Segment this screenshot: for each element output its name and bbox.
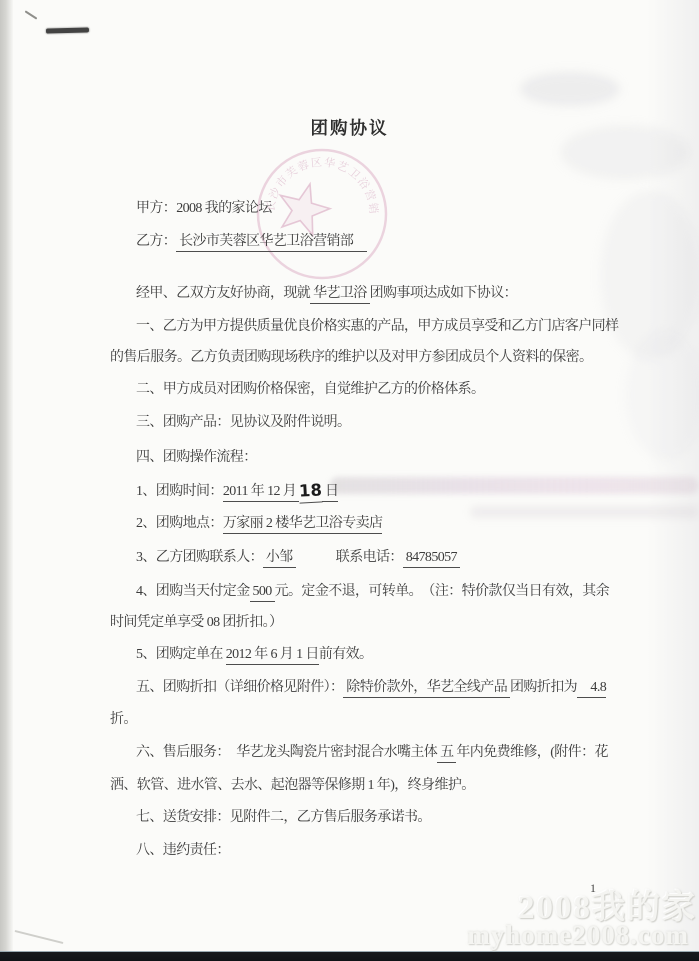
text-line: 经甲、乙双方友好协商，现就 华艺卫浴 团购事项达成如下协议：	[136, 284, 517, 303]
text-segment: 时间凭定单享受 08 团折扣。）	[110, 615, 282, 630]
text-line: 七、送货安排：见附件二，乙方售后服务承诺书。	[136, 808, 431, 827]
filled-in-value: 2012 年 6 月 1 日	[226, 647, 319, 665]
text-segment: 3、乙方团购联系人：	[136, 550, 263, 565]
pen-stroke-redaction	[46, 27, 89, 33]
text-line: 二、甲方成员对团购价格保密，自觉维护乙方的价格体系。	[136, 380, 484, 399]
text-line: 五、团购折扣（详细价格见附件）： 除特价款外，华艺全线产品 团购折扣为 4.8	[136, 678, 606, 697]
text-segment: 联系电话：	[296, 550, 403, 565]
page-number: 1	[590, 881, 596, 896]
text-segment: 的售后服务。乙方负责团购现场秩序的维护以及对甲方参团成员个人资料的保密。	[110, 350, 592, 365]
filled-in-value: 84785057	[403, 550, 460, 568]
text-line: 3、乙方团购联系人： 小邹 联系电话： 84785057	[136, 548, 460, 567]
text-segment: 六、售后服务： 华艺龙头陶瓷片密封混合水嘴主体	[136, 745, 437, 760]
filled-in-value: 4.8	[577, 680, 606, 698]
text-line: 六、售后服务： 华艺龙头陶瓷片密封混合水嘴主体 五 年内免费维修，(附件：花	[136, 743, 608, 762]
text-segment: 乙方：	[136, 234, 176, 249]
text-segment: 七、送货安排：见附件二，乙方售后服务承诺书。	[136, 810, 431, 825]
filled-in-value: 长沙市芙蓉区华艺卫浴营销部	[176, 234, 367, 252]
text-segment: 5、团购定单在	[136, 647, 226, 662]
text-segment: 甲方：2008 我的家论坛	[136, 201, 272, 216]
text-segment: 4、团购当天付定金	[136, 584, 250, 599]
scan-smudge	[520, 72, 620, 106]
text-segment: 1、团购时间：	[136, 484, 223, 499]
scan-left-edge	[0, 0, 13, 961]
text-segment: 一、乙方为甲方提供质量优良价格实惠的产品，甲方成员享受和乙方门店客户同样	[136, 319, 618, 334]
text-line: 1、团购时间：2011 年 12 月 18 日	[136, 480, 338, 499]
filled-in-value: 除特价款外，华艺全线产品	[343, 680, 510, 698]
text-line: 的售后服务。乙方负责团购现场秩序的维护以及对甲方参团成员个人资料的保密。	[110, 348, 592, 367]
text-segment: 元。定金不退，可转单。 （注：特价款仅当日有效，其余	[275, 584, 609, 599]
filled-in-value: 500	[250, 584, 275, 602]
text-segment: 经甲、乙双方友好协商，现就	[136, 286, 310, 301]
text-line: 5、团购定单在 2012 年 6 月 1 日前有效。	[136, 645, 372, 664]
text-segment: 团购事项达成如下协议：	[370, 286, 517, 301]
text-line: 乙方： 长沙市芙蓉区华艺卫浴营销部	[136, 232, 367, 251]
filled-in-value: 日	[322, 484, 338, 502]
text-segment: 前有效。	[319, 647, 373, 662]
filled-in-value: 小邹	[263, 550, 296, 568]
paper-crease	[15, 930, 64, 944]
text-line: 洒、软管、进水管、去水、起泡器等保修期 1 年)，终身维护。	[110, 776, 475, 795]
text-line: 折。	[110, 710, 137, 729]
document-title: 团购协议	[0, 115, 699, 140]
text-segment: 二、甲方成员对团购价格保密，自觉维护乙方的价格体系。	[136, 382, 484, 397]
filled-in-value: 2011 年 12 月	[223, 484, 299, 502]
text-line: 八、违约责任：	[136, 841, 230, 860]
text-segment: 年内免费维修，(附件：花	[456, 745, 607, 760]
pen-tick-mark	[25, 10, 38, 19]
text-segment: 团购折扣为	[510, 680, 577, 695]
filled-in-value: 万家丽 2 楼华艺卫浴专卖店	[223, 516, 383, 534]
text-segment: 洒、软管、进水管、去水、起泡器等保修期 1 年)，终身维护。	[110, 778, 475, 793]
text-segment: 五、团购折扣（详细价格见附件）：	[136, 680, 343, 695]
handwritten-date: 18	[299, 480, 323, 503]
scanned-agreement-page: { "page": { "number": "1", "watermark": …	[0, 0, 699, 961]
filled-in-value: 五	[437, 745, 456, 763]
text-segment: 2、团购地点：	[136, 516, 223, 531]
text-segment: 八、违约责任：	[136, 843, 230, 858]
text-line: 三、团购产品：见协议及附件说明。	[136, 413, 350, 432]
text-line: 2、团购地点：万家丽 2 楼华艺卫浴专卖店	[136, 514, 382, 533]
text-segment: 四、团购操作流程：	[136, 450, 257, 465]
text-line: 四、团购操作流程：	[136, 448, 257, 467]
ink-bleed-band	[330, 477, 699, 494]
stamp-star-icon	[280, 184, 330, 235]
text-segment: 三、团购产品：见协议及附件说明。	[136, 415, 350, 430]
text-line: 4、团购当天付定金 500 元。定金不退，可转单。 （注：特价款仅当日有效，其余	[136, 582, 609, 601]
text-line: 甲方：2008 我的家论坛	[136, 199, 272, 218]
text-line: 一、乙方为甲方提供质量优良价格实惠的产品，甲方成员享受和乙方门店客户同样	[136, 317, 618, 336]
scan-bottom-edge	[0, 951, 699, 961]
filled-in-value: 华艺卫浴	[310, 286, 369, 304]
text-line: 时间凭定单享受 08 团折扣。）	[110, 613, 282, 632]
ink-bleed-band	[470, 506, 699, 518]
text-segment: 折。	[110, 712, 137, 727]
